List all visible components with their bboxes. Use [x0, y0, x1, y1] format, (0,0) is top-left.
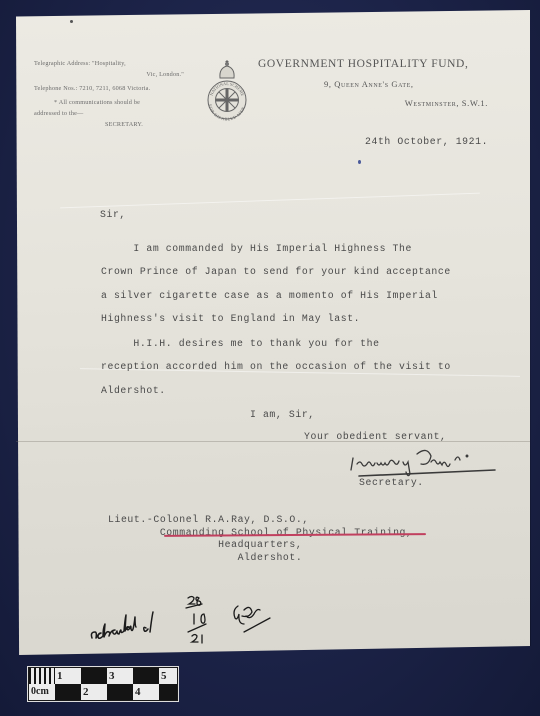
recipient-address-block: Lieut.-Colonel R.A.Ray, D.S.O., Commandi… — [108, 514, 413, 564]
communications-note-2: addressed to the— — [34, 108, 184, 119]
telegraphic-address-line2: Vic, London." — [34, 69, 184, 80]
closing-line-1: I am, Sir, — [250, 409, 315, 420]
scale-mm-ticks — [29, 668, 55, 684]
scale-label-5: 5 — [159, 668, 177, 684]
scale-cell — [133, 668, 159, 684]
scale-label-3: 3 — [107, 668, 133, 684]
scale-cell — [81, 668, 107, 684]
communications-note: * All communications should be — [34, 97, 184, 108]
letterhead-organization-block: GOVERNMENT HOSPITALITY FUND, 9, Queen An… — [258, 58, 498, 108]
salutation: Sir, — [100, 209, 126, 220]
scale-cell — [107, 684, 133, 700]
scale-label-4: 4 — [133, 684, 159, 700]
recipient-location: Aldershot. — [108, 552, 413, 565]
letterhead-contact-block: Telegraphic Address: "Hospitality, Vic, … — [34, 58, 184, 130]
scale-bar: 1 3 5 0cm 2 4 — [27, 666, 179, 702]
secretary-label: SECRETARY. — [34, 119, 184, 130]
telephone-numbers: Telephone Nos.: 7210, 7211, 6068 Victori… — [34, 83, 184, 94]
scale-cell — [55, 684, 81, 700]
paper-mark — [70, 20, 73, 23]
scale-unit-label: 0cm — [29, 684, 55, 700]
body-paragraph-2: H.I.H. desires me to thank you for the r… — [101, 332, 451, 402]
scale-cell — [159, 684, 177, 700]
scale-label-2: 2 — [81, 684, 107, 700]
handwritten-signature — [345, 440, 505, 480]
address-line-2: Westminster, S.W.1. — [258, 98, 498, 108]
address-line-1: 9, Queen Anne's Gate, — [258, 79, 498, 89]
scale-label-1: 1 — [55, 668, 81, 684]
signatory-title: Secretary. — [359, 477, 424, 488]
recipient-name: Lieut.-Colonel R.A.Ray, D.S.O., — [108, 514, 413, 527]
national-scheme-emblem-icon: NATIONAL SCHEME FOR DISABLED MEN — [207, 56, 247, 124]
body-paragraph-1: I am commanded by His Imperial Highness … — [101, 237, 451, 330]
ink-dot — [358, 160, 361, 164]
recipient-headquarters: Headquarters, — [108, 539, 413, 552]
letter-date: 24th October, 1921. — [365, 136, 488, 147]
handwritten-acknowledgement — [88, 592, 288, 647]
organization-name: GOVERNMENT HOSPITALITY FUND, — [258, 58, 498, 70]
telegraphic-address: Telegraphic Address: "Hospitality, — [34, 58, 184, 69]
